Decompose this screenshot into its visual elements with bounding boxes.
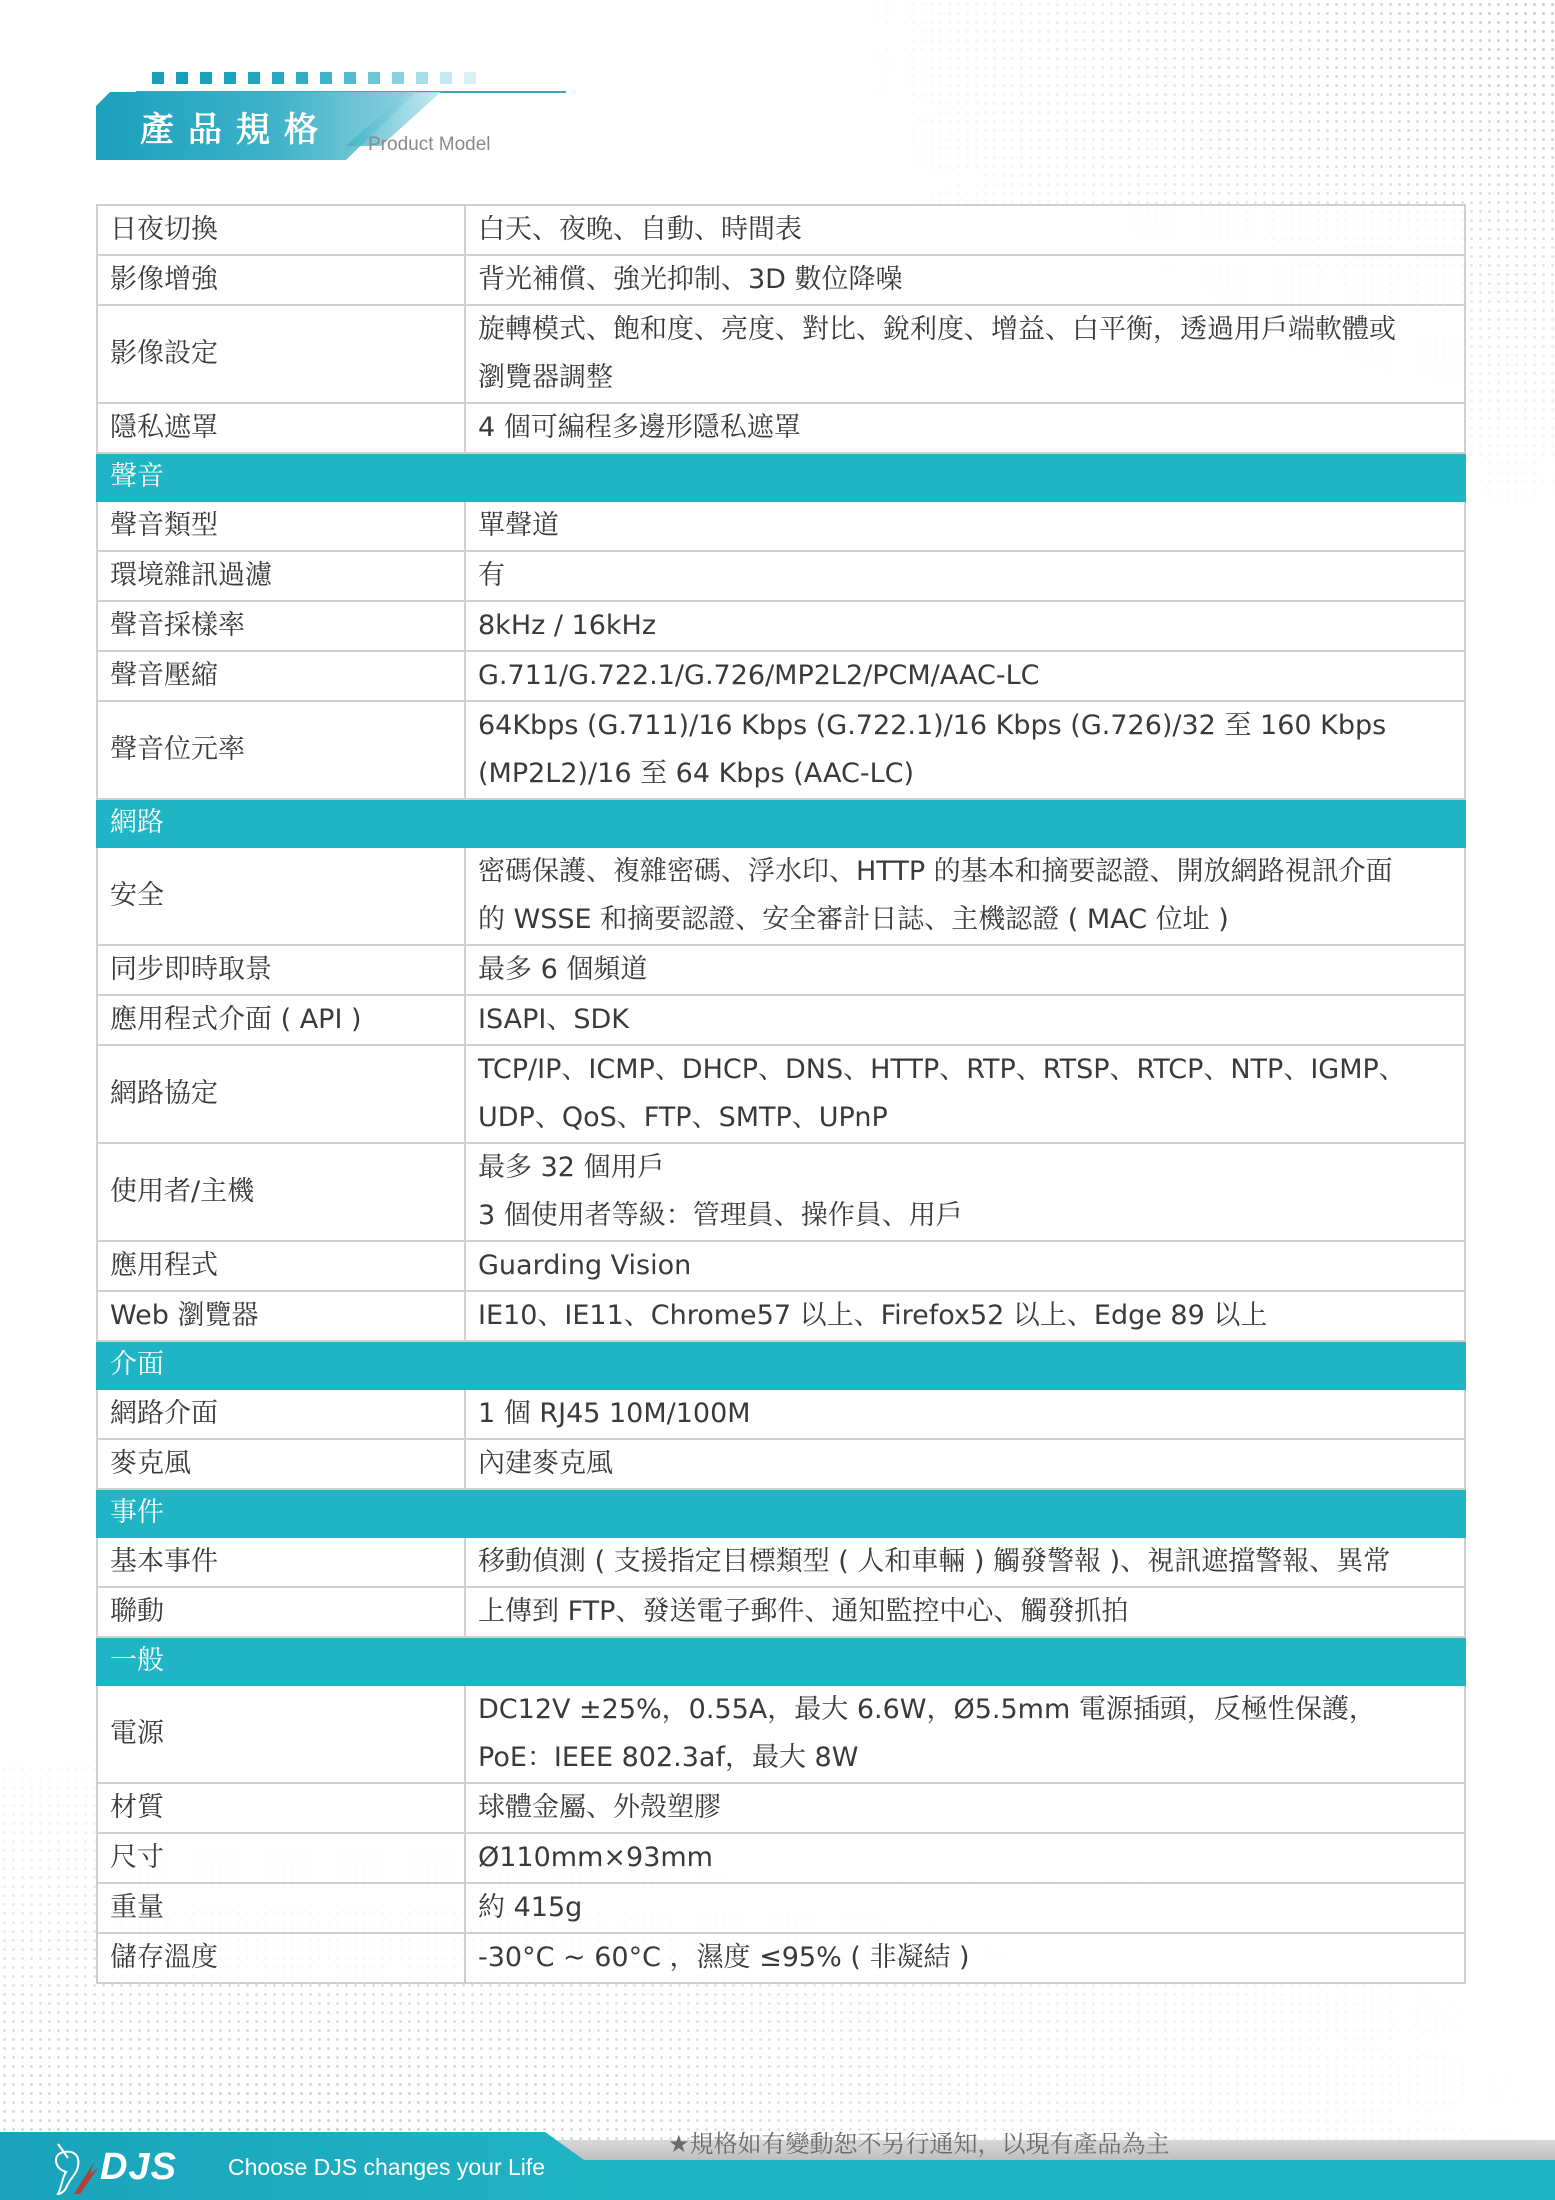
spec-value-line: 4 個可編程多邊形隱私遮罩 xyxy=(478,404,1452,452)
spec-row: 重量約 415g xyxy=(97,1883,1465,1933)
spec-row: 麥克風內建麥克風 xyxy=(97,1439,1465,1489)
spec-value: 背光補償、強光抑制、3D 數位降噪 xyxy=(465,255,1465,305)
spec-value: Guarding Vision xyxy=(465,1241,1465,1291)
spec-value: 1 個 RJ45 10M/100M xyxy=(465,1389,1465,1439)
spec-value: 8kHz / 16kHz xyxy=(465,601,1465,651)
spec-row: 安全密碼保護、複雜密碼、浮水印、HTTP 的基本和摘要認證、開放網路視訊介面的 … xyxy=(97,847,1465,945)
page-title: 產品規格 xyxy=(140,102,332,151)
spec-value-line: DC12V ±25%，0.55A，最大 6.6W，Ø5.5mm 電源插頭，反極性… xyxy=(478,1686,1452,1734)
spec-row: 影像設定旋轉模式、飽和度、亮度、對比、銳利度、增益、白平衡，透過用戶端軟體或瀏覽… xyxy=(97,305,1465,403)
spec-label: 聯動 xyxy=(97,1587,465,1637)
spec-row: 網路介面1 個 RJ45 10M/100M xyxy=(97,1389,1465,1439)
spec-row: 應用程式Guarding Vision xyxy=(97,1241,1465,1291)
spec-row: 聲音壓縮G.711/G.722.1/G.726/MP2L2/PCM/AAC-LC xyxy=(97,651,1465,701)
spec-row: 網路協定TCP/IP、ICMP、DHCP、DNS、HTTP、RTP、RTSP、R… xyxy=(97,1045,1465,1143)
spec-row: 聲音類型單聲道 xyxy=(97,501,1465,551)
spec-value: 單聲道 xyxy=(465,501,1465,551)
section-header-row: 介面 xyxy=(97,1341,1465,1389)
spec-value-line: TCP/IP、ICMP、DHCP、DNS、HTTP、RTP、RTSP、RTCP、… xyxy=(478,1046,1452,1094)
spec-value: 有 xyxy=(465,551,1465,601)
spec-row: 聲音採樣率8kHz / 16kHz xyxy=(97,601,1465,651)
spec-value: 旋轉模式、飽和度、亮度、對比、銳利度、增益、白平衡，透過用戶端軟體或瀏覽器調整 xyxy=(465,305,1465,403)
spec-value: 密碼保護、複雜密碼、浮水印、HTTP 的基本和摘要認證、開放網路視訊介面的 WS… xyxy=(465,847,1465,945)
decorative-square xyxy=(464,72,476,84)
spec-row: 隱私遮罩4 個可編程多邊形隱私遮罩 xyxy=(97,403,1465,453)
spec-value: 球體金屬、外殼塑膠 xyxy=(465,1783,1465,1833)
spec-value-line: IE10、IE11、Chrome57 以上、Firefox52 以上、Edge … xyxy=(478,1292,1452,1340)
spec-row: 基本事件移動偵測 ( 支援指定目標類型 ( 人和車輛 ) 觸發警報 )、視訊遮擋… xyxy=(97,1537,1465,1587)
spec-value-line: -30°C ~ 60°C ，濕度 ≤95% ( 非凝結 ) xyxy=(478,1934,1452,1982)
spec-row: 尺寸Ø110mm×93mm xyxy=(97,1833,1465,1883)
decorative-squares xyxy=(152,72,476,84)
spec-value-line: UDP、QoS、FTP、SMTP、UPnP xyxy=(478,1094,1452,1142)
spec-table: 日夜切換白天、夜晚、自動、時間表影像增強背光補償、強光抑制、3D 數位降噪影像設… xyxy=(96,204,1466,1984)
spec-label: 儲存溫度 xyxy=(97,1933,465,1983)
decorative-square xyxy=(416,72,428,84)
decorative-square xyxy=(440,72,452,84)
section-title: 網路 xyxy=(97,799,1465,847)
spec-value-line: 上傳到 FTP、發送電子郵件、通知監控中心、觸發抓拍 xyxy=(478,1588,1452,1636)
spec-value-line: 約 415g xyxy=(478,1884,1452,1932)
decorative-square xyxy=(200,72,212,84)
spec-value-line: 8kHz / 16kHz xyxy=(478,602,1452,650)
spec-label: 重量 xyxy=(97,1883,465,1933)
spec-label: 網路協定 xyxy=(97,1045,465,1143)
spec-value: 64Kbps (G.711)/16 Kbps (G.722.1)/16 Kbps… xyxy=(465,701,1465,799)
section-header: 產品規格 Product Model xyxy=(96,72,576,172)
spec-value-line: (MP2L2)/16 至 64 Kbps (AAC-LC) xyxy=(478,750,1452,798)
spec-value-line: 背光補償、強光抑制、3D 數位降噪 xyxy=(478,256,1452,304)
disclaimer-note: ★規格如有變動恕不另行通知，以現有產品為主 xyxy=(668,2124,1170,2159)
spec-label: 聲音類型 xyxy=(97,501,465,551)
spec-row: 聯動上傳到 FTP、發送電子郵件、通知監控中心、觸發抓拍 xyxy=(97,1587,1465,1637)
spec-value: TCP/IP、ICMP、DHCP、DNS、HTTP、RTP、RTSP、RTCP、… xyxy=(465,1045,1465,1143)
spec-label: 環境雜訊過濾 xyxy=(97,551,465,601)
spec-value: 4 個可編程多邊形隱私遮罩 xyxy=(465,403,1465,453)
spec-label: 日夜切換 xyxy=(97,205,465,255)
spec-value-line: 密碼保護、複雜密碼、浮水印、HTTP 的基本和摘要認證、開放網路視訊介面 xyxy=(478,848,1452,896)
spec-value: -30°C ~ 60°C ，濕度 ≤95% ( 非凝結 ) xyxy=(465,1933,1465,1983)
spec-label: 應用程式 xyxy=(97,1241,465,1291)
spec-value-line: ISAPI、SDK xyxy=(478,996,1452,1044)
page-subtitle: Product Model xyxy=(368,134,491,156)
spec-value-line: 64Kbps (G.711)/16 Kbps (G.722.1)/16 Kbps… xyxy=(478,702,1452,750)
decorative-square xyxy=(368,72,380,84)
spec-label: 聲音位元率 xyxy=(97,701,465,799)
decorative-square xyxy=(248,72,260,84)
spec-value-line: 最多 32 個用戶 xyxy=(478,1144,1452,1192)
decorative-square xyxy=(152,72,164,84)
spec-label: 基本事件 xyxy=(97,1537,465,1587)
spec-label: 影像增強 xyxy=(97,255,465,305)
spec-row: 使用者/主機最多 32 個用戶3 個使用者等級：管理員、操作員、用戶 xyxy=(97,1143,1465,1241)
spec-value: 最多 6 個頻道 xyxy=(465,945,1465,995)
spec-row: 應用程式介面 ( API )ISAPI、SDK xyxy=(97,995,1465,1045)
spec-label: 聲音採樣率 xyxy=(97,601,465,651)
spec-value-line: 單聲道 xyxy=(478,502,1452,550)
spec-value: Ø110mm×93mm xyxy=(465,1833,1465,1883)
brand-slogan: Choose DJS changes your Life xyxy=(228,2154,545,2181)
spec-row: 材質球體金屬、外殼塑膠 xyxy=(97,1783,1465,1833)
section-header-row: 一般 xyxy=(97,1637,1465,1685)
decorative-square xyxy=(272,72,284,84)
spec-value: 約 415g xyxy=(465,1883,1465,1933)
spec-label: 安全 xyxy=(97,847,465,945)
spec-row: 聲音位元率64Kbps (G.711)/16 Kbps (G.722.1)/16… xyxy=(97,701,1465,799)
spec-value-line: Ø110mm×93mm xyxy=(478,1834,1452,1882)
spec-value: DC12V ±25%，0.55A，最大 6.6W，Ø5.5mm 電源插頭，反極性… xyxy=(465,1685,1465,1783)
decorative-square xyxy=(320,72,332,84)
spec-value: ISAPI、SDK xyxy=(465,995,1465,1045)
spec-label: 聲音壓縮 xyxy=(97,651,465,701)
spec-value-line: 1 個 RJ45 10M/100M xyxy=(478,1390,1452,1438)
spec-value: G.711/G.722.1/G.726/MP2L2/PCM/AAC-LC xyxy=(465,651,1465,701)
spec-label: 電源 xyxy=(97,1685,465,1783)
section-title: 介面 xyxy=(97,1341,1465,1389)
spec-row: 電源DC12V ±25%，0.55A，最大 6.6W，Ø5.5mm 電源插頭，反… xyxy=(97,1685,1465,1783)
footer: DJS Choose DJS changes your Life ★規格如有變動… xyxy=(0,2110,1555,2200)
spec-value-line: G.711/G.722.1/G.726/MP2L2/PCM/AAC-LC xyxy=(478,652,1452,700)
brand-name: DJS xyxy=(100,2146,177,2189)
spec-value-line: 白天、夜晚、自動、時間表 xyxy=(478,206,1452,254)
section-title: 聲音 xyxy=(97,453,1465,501)
section-title: 事件 xyxy=(97,1489,1465,1537)
spec-value-line: 內建麥克風 xyxy=(478,1440,1452,1488)
section-header-row: 聲音 xyxy=(97,453,1465,501)
decorative-square xyxy=(392,72,404,84)
spec-value-line: 球體金屬、外殼塑膠 xyxy=(478,1784,1452,1832)
spec-value-line: 的 WSSE 和摘要認證、安全審計日誌、主機認證 ( MAC 位址 ) xyxy=(478,896,1452,944)
decorative-square xyxy=(344,72,356,84)
spec-label: 使用者/主機 xyxy=(97,1143,465,1241)
spec-value-line: 瀏覽器調整 xyxy=(478,354,1452,402)
spec-value-line: 最多 6 個頻道 xyxy=(478,946,1452,994)
spec-label: Web 瀏覽器 xyxy=(97,1291,465,1341)
spec-value-line: PoE：IEEE 802.3af，最大 8W xyxy=(478,1734,1452,1782)
decorative-square xyxy=(224,72,236,84)
decorative-square xyxy=(296,72,308,84)
spec-label: 麥克風 xyxy=(97,1439,465,1489)
unicorn-logo-icon xyxy=(50,2140,98,2196)
spec-row: 日夜切換白天、夜晚、自動、時間表 xyxy=(97,205,1465,255)
spec-row: 環境雜訊過濾有 xyxy=(97,551,1465,601)
spec-value-line: 3 個使用者等級：管理員、操作員、用戶 xyxy=(478,1192,1452,1240)
spec-value: 內建麥克風 xyxy=(465,1439,1465,1489)
spec-value-line: 移動偵測 ( 支援指定目標類型 ( 人和車輛 ) 觸發警報 )、視訊遮擋警報、異… xyxy=(478,1538,1452,1586)
spec-value: IE10、IE11、Chrome57 以上、Firefox52 以上、Edge … xyxy=(465,1291,1465,1341)
spec-value-line: 有 xyxy=(478,552,1452,600)
spec-row: Web 瀏覽器IE10、IE11、Chrome57 以上、Firefox52 以… xyxy=(97,1291,1465,1341)
spec-label: 應用程式介面 ( API ) xyxy=(97,995,465,1045)
spec-row: 同步即時取景最多 6 個頻道 xyxy=(97,945,1465,995)
decorative-square xyxy=(176,72,188,84)
section-header-row: 網路 xyxy=(97,799,1465,847)
spec-value-line: Guarding Vision xyxy=(478,1242,1452,1290)
spec-row: 影像增強背光補償、強光抑制、3D 數位降噪 xyxy=(97,255,1465,305)
spec-label: 隱私遮罩 xyxy=(97,403,465,453)
spec-value: 白天、夜晚、自動、時間表 xyxy=(465,205,1465,255)
spec-value: 移動偵測 ( 支援指定目標類型 ( 人和車輛 ) 觸發警報 )、視訊遮擋警報、異… xyxy=(465,1537,1465,1587)
spec-value: 最多 32 個用戶3 個使用者等級：管理員、操作員、用戶 xyxy=(465,1143,1465,1241)
spec-label: 尺寸 xyxy=(97,1833,465,1883)
spec-label: 網路介面 xyxy=(97,1389,465,1439)
spec-label: 同步即時取景 xyxy=(97,945,465,995)
spec-value-line: 旋轉模式、飽和度、亮度、對比、銳利度、增益、白平衡，透過用戶端軟體或 xyxy=(478,306,1452,354)
spec-value: 上傳到 FTP、發送電子郵件、通知監控中心、觸發抓拍 xyxy=(465,1587,1465,1637)
spec-row: 儲存溫度-30°C ~ 60°C ，濕度 ≤95% ( 非凝結 ) xyxy=(97,1933,1465,1983)
section-header-row: 事件 xyxy=(97,1489,1465,1537)
spec-label: 影像設定 xyxy=(97,305,465,403)
section-title: 一般 xyxy=(97,1637,1465,1685)
spec-label: 材質 xyxy=(97,1783,465,1833)
